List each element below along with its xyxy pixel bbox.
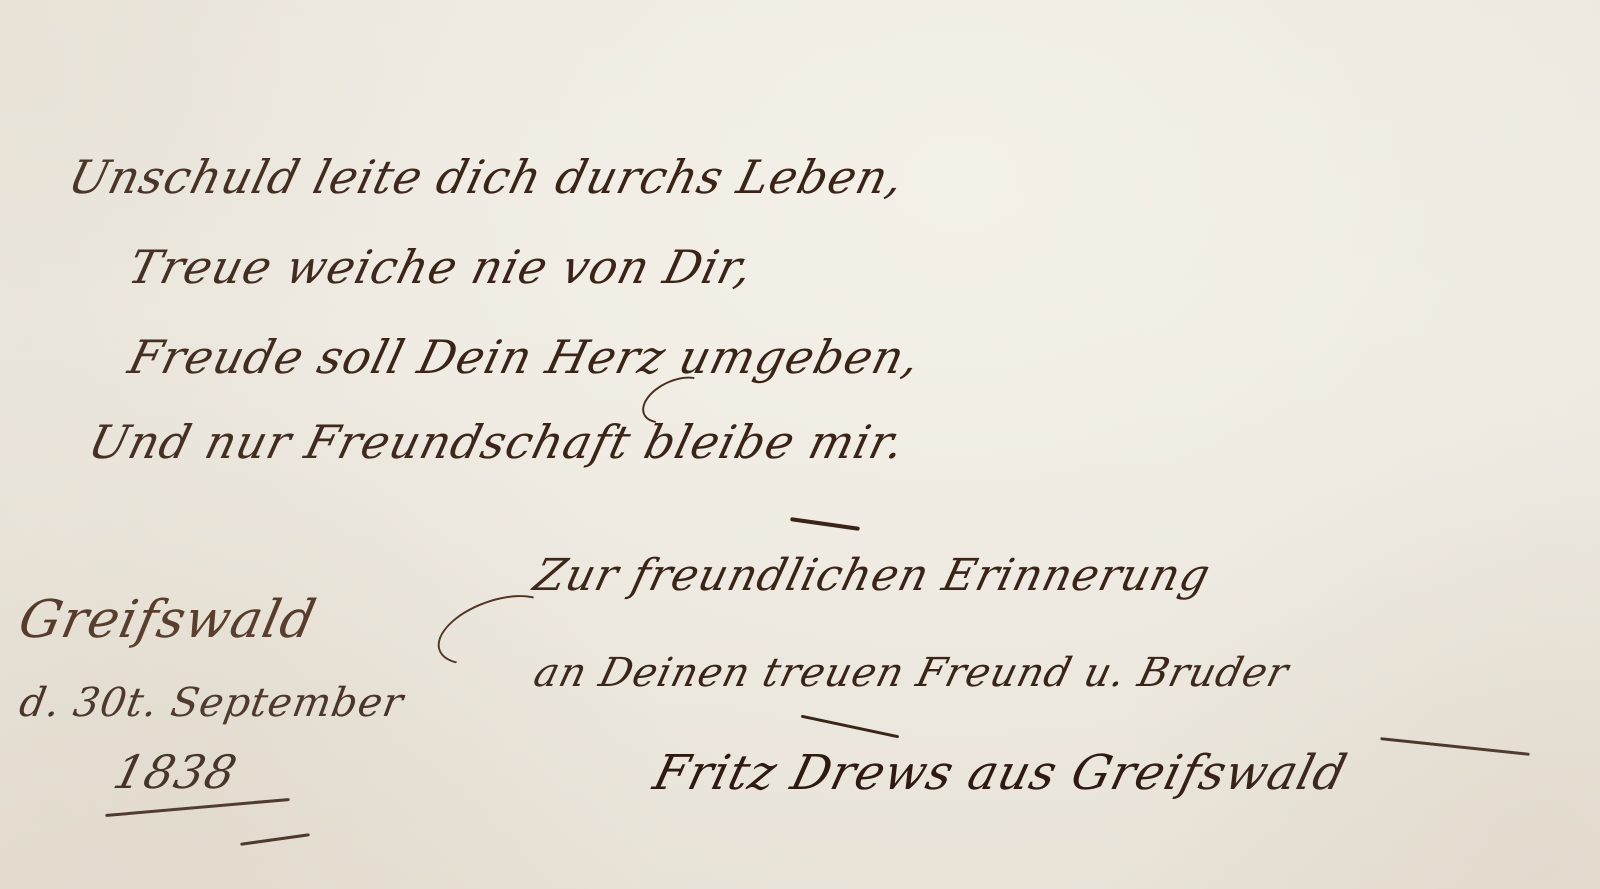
signature-flourish [801, 715, 899, 739]
verse-line-3: Freude soll Dein Herz umgeben, [123, 330, 926, 384]
verse-line-2: Treue weiche nie von Dir, [123, 240, 759, 294]
verse-line-1: Unschuld leite dich durchs Leben, [63, 150, 910, 204]
year-underline [105, 798, 290, 817]
verse-line-4: Und nur Freundschaft bleibe mir. [83, 415, 910, 469]
manuscript-page: Unschuld leite dich durchs Leben, Treue … [0, 0, 1600, 889]
place-name: Greifswald [14, 590, 322, 650]
flourish-stroke [790, 517, 860, 531]
dedication-line-1: Zur freundlichen Erinnerung [529, 550, 1216, 601]
signature-flourish-right [1380, 737, 1529, 756]
closing-flourish [240, 833, 310, 846]
year-text: 1838 [108, 745, 243, 799]
dedication-line-2: an Deinen treuen Freund u. Bruder [529, 650, 1293, 696]
date-text: d. 30t. September [16, 680, 407, 726]
signature: Fritz Drews aus Greifswald [648, 745, 1353, 801]
